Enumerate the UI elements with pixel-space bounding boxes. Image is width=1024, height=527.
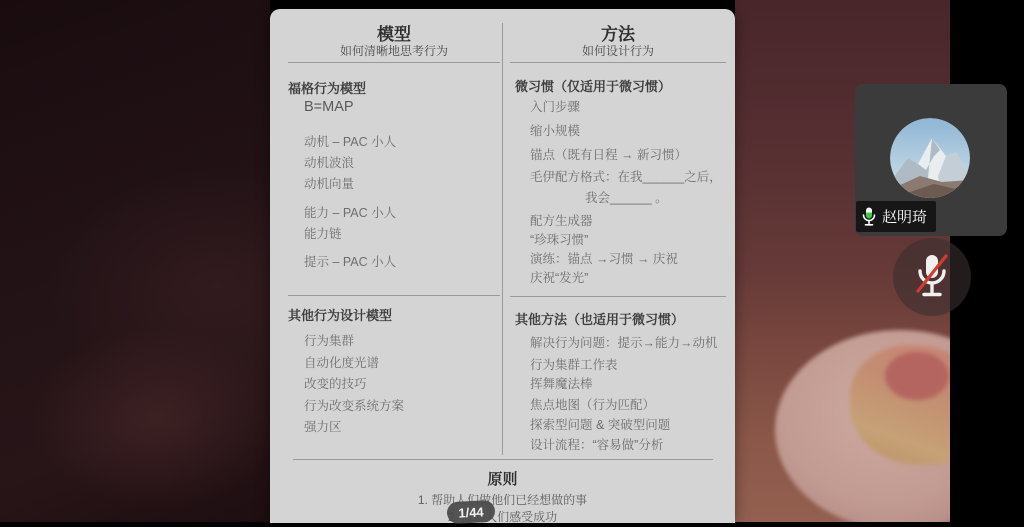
model-section-rule xyxy=(288,295,500,296)
method-section1-heading: 微习惯（仅适用于微习惯） xyxy=(515,76,671,95)
model-column: 模型 如何清晰地思考行为 福格行为模型 B=MAP 动机 – PAC 小人 动机… xyxy=(288,9,500,459)
method-item: 探索型问题 & 突破型问题 xyxy=(530,415,670,433)
model-header-rule xyxy=(288,62,500,63)
participant-name: 赵明琦 xyxy=(882,206,927,227)
method-item: 锚点（既有日程 → 新习惯） xyxy=(530,145,687,163)
meeting-screen: 模型 如何清晰地思考行为 福格行为模型 B=MAP 动机 – PAC 小人 动机… xyxy=(0,0,1024,527)
model-item: 自动化度光谱 xyxy=(304,353,379,371)
method-section-rule xyxy=(510,296,726,297)
model-item: 改变的技巧 xyxy=(304,374,367,392)
strawberry-photo xyxy=(885,352,949,400)
method-header-rule xyxy=(510,62,726,63)
page-indicator-badge: 1/44 xyxy=(446,500,495,524)
principles-title: 原则 xyxy=(270,468,735,489)
model-item: 行为集群 xyxy=(304,331,354,349)
method-item: 庆祝“发光” xyxy=(530,268,588,286)
method-item: 缩小规模 xyxy=(530,121,580,139)
method-item: 配方生成器 xyxy=(530,211,593,229)
model-section1-heading: 福格行为模型 xyxy=(288,78,366,97)
avatar xyxy=(890,118,970,198)
method-item: 设计流程：“容易做”分析 xyxy=(530,435,663,453)
mountain-avatar-image xyxy=(890,118,970,198)
background-video-left xyxy=(0,0,270,522)
mic-level-icon xyxy=(862,207,876,226)
method-item: 行为集群工作表 xyxy=(530,355,618,373)
shared-document: 模型 如何清晰地思考行为 福格行为模型 B=MAP 动机 – PAC 小人 动机… xyxy=(270,9,735,523)
method-item: 我会______ 。 xyxy=(585,188,668,206)
method-subtitle: 如何设计行为 xyxy=(510,42,726,59)
model-item: 行为改变系统方案 xyxy=(304,396,404,414)
method-item: 焦点地图（行为匹配） xyxy=(530,395,655,413)
method-item: 演练：锚点 →习惯 → 庆祝 xyxy=(530,249,678,267)
method-column: 方法 如何设计行为 微习惯（仅适用于微习惯） 入门步骤 缩小规模 锚点（既有日程… xyxy=(510,9,726,459)
principle-1: 1. 帮助人们做他们已经想做的事 xyxy=(270,491,735,508)
microphone-mute-button[interactable] xyxy=(893,238,971,316)
principle-2: 2. 帮助人们感受成功 xyxy=(270,508,735,525)
model-item: 动机 – PAC 小人 xyxy=(304,132,396,150)
method-item: 毛伊配方格式：在我______之后， xyxy=(530,167,722,185)
model-section2-heading: 其他行为设计模型 xyxy=(288,305,392,324)
model-item: 提示 – PAC 小人 xyxy=(304,252,396,270)
method-item: “珍珠习惯” xyxy=(530,230,588,248)
mic-muted-icon xyxy=(910,251,954,303)
method-item: 挥舞魔法棒 xyxy=(530,374,593,392)
model-item: 强力区 xyxy=(304,417,342,435)
principles-rule xyxy=(293,459,713,460)
method-section2-heading: 其他方法（也适用于微习惯） xyxy=(515,309,684,328)
model-item: 能力链 xyxy=(304,224,342,242)
participant-tile[interactable]: 赵明琦 xyxy=(855,84,1007,236)
participant-name-tag: 赵明琦 xyxy=(856,201,936,232)
method-item: 入门步骤 xyxy=(530,97,580,115)
model-subtitle: 如何清晰地思考行为 xyxy=(288,42,500,59)
model-item: B=MAP xyxy=(304,99,354,115)
column-divider xyxy=(502,23,503,455)
model-item: 动机波浪 xyxy=(304,153,354,171)
model-item: 动机向量 xyxy=(304,174,354,192)
method-item: 解决行为问题：提示→能力→动机 xyxy=(530,333,718,351)
model-item: 能力 – PAC 小人 xyxy=(304,203,396,221)
